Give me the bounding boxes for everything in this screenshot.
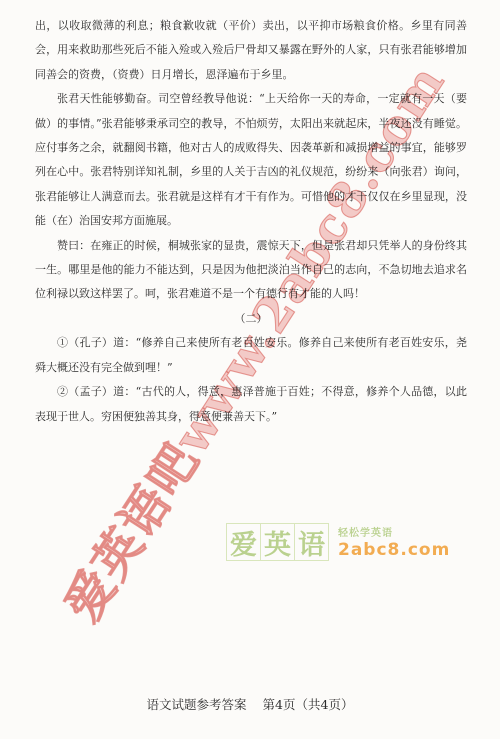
logo-text-group: 轻松学英语 2abc8.com bbox=[338, 524, 450, 560]
paragraph-answer-confucius: ①（孔子）道：“修养自己来使所有老百姓安乐。修养自己来使所有老百姓安乐，尧舜大概… bbox=[35, 331, 467, 380]
page-footer: 语文试题参考答案第4页（共4页） bbox=[0, 695, 500, 713]
logo-site-url: 2abc8.com bbox=[338, 540, 450, 560]
logo-char-box-3: 语 bbox=[294, 523, 329, 561]
document-body: 出，以收取微薄的利息；粮食歉收就（平价）卖出，以平抑市场粮食价格。乡里有同善会，… bbox=[35, 14, 467, 429]
paragraph-translation-2: 张君天性能够勤奋。司空曾经教导他说：“上天给你一天的寿命，一定就有一天（要做）的… bbox=[35, 87, 467, 233]
paragraph-translation-continuation: 出，以收取微薄的利息；粮食歉收就（平价）卖出，以平抑市场粮食价格。乡里有同善会，… bbox=[35, 14, 467, 87]
logo-boxed-characters: 爱 英 语 bbox=[227, 523, 329, 561]
footer-page-number: 第4页（共4页） bbox=[263, 697, 354, 712]
paragraph-answer-mencius: ②（孟子）道：“古代的人，得意，惠泽普施于百姓；不得意，修养个人品德，以此表现于… bbox=[35, 380, 467, 429]
section-heading: （二） bbox=[35, 307, 467, 331]
site-logo: 爱 英 语 轻松学英语 2abc8.com bbox=[227, 523, 450, 561]
paragraph-translation-eulogy: 赞曰：在雍正的时候，桐城张家的显贵，震惊天下，但是张君却只凭举人的身份终其一生。… bbox=[35, 234, 467, 307]
logo-char-box-1: 爱 bbox=[226, 523, 261, 561]
logo-tagline: 轻松学英语 bbox=[338, 524, 393, 539]
document-page: 爱英语吧www.2abc8.com 出，以收取微薄的利息；粮食歉收就（平价）卖出… bbox=[0, 0, 500, 739]
footer-document-title: 语文试题参考答案 bbox=[147, 697, 247, 712]
logo-char-box-2: 英 bbox=[260, 523, 295, 561]
